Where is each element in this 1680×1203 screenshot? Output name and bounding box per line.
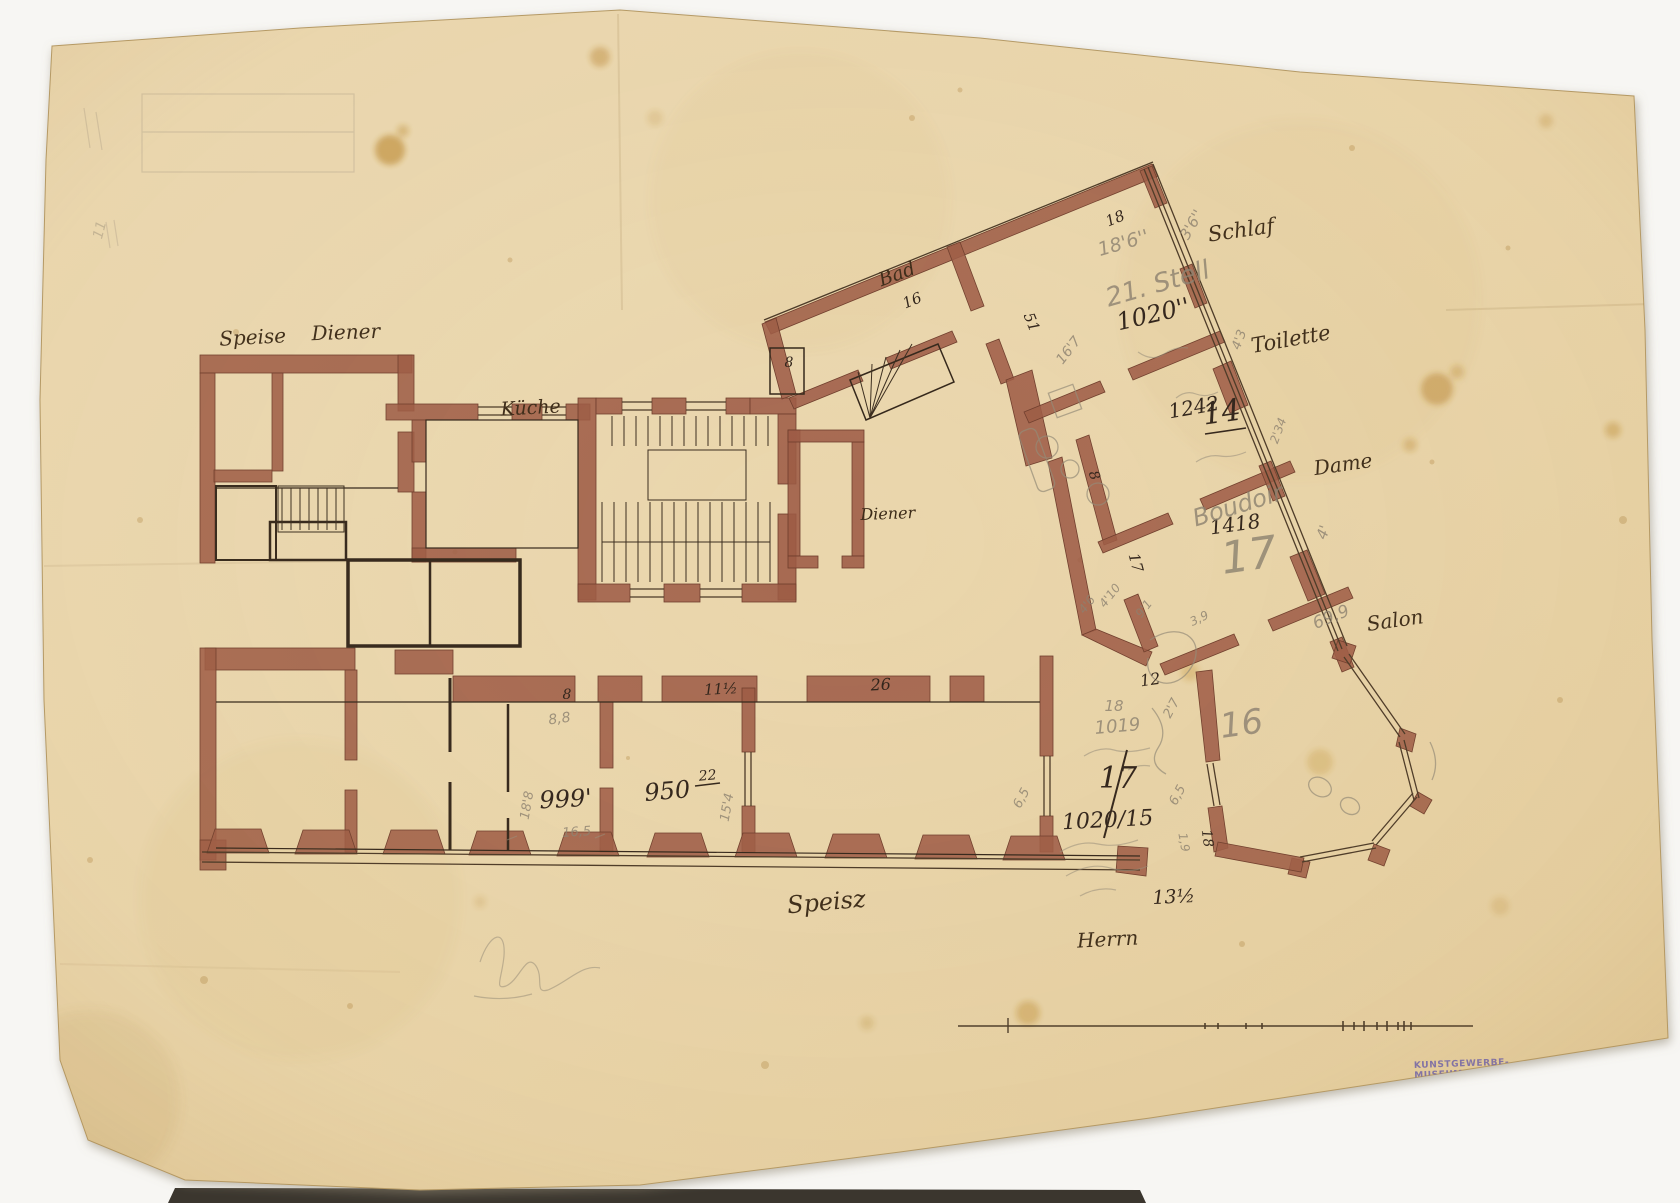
floor-plan-svg: SpeiseDienerKücheBadDienerSchlafToilette…	[0, 0, 1680, 1203]
scan-edge-strip	[168, 1188, 1146, 1203]
paper-vignette	[0, 0, 1680, 1203]
scanned-floor-plan: SpeiseDienerKücheBadDienerSchlafToilette…	[0, 0, 1680, 1203]
